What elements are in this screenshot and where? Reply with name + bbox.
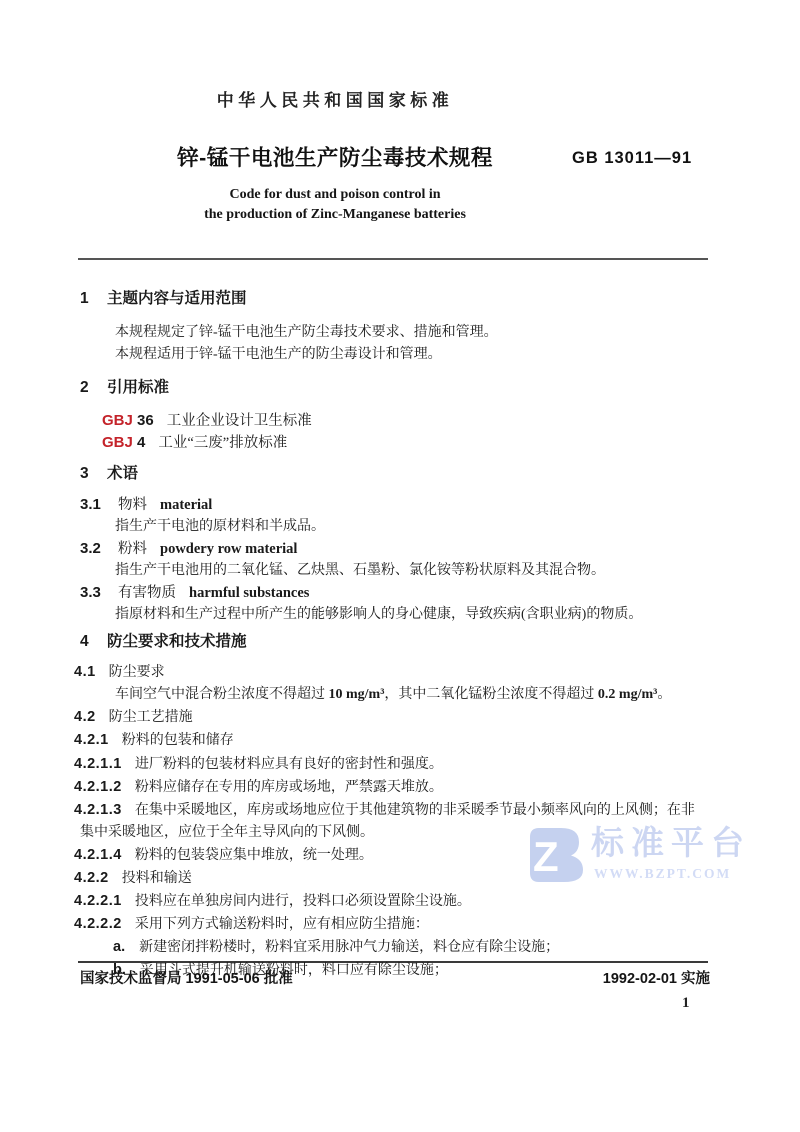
section-1-number: 1 [80,288,107,310]
clause-4-2-1-3-continuation: 集中采暖地区，应位于全年主导风向的下风侧。 [80,822,720,844]
clause-number: 4.2.1.2 [74,779,122,795]
clause-4-2-1-2: 4.2.1.2粉料应储存在专用的库房或场地，严禁露天堆放。 [74,776,720,799]
footer: 国家技术监督局 1991-05-06 批准 1992-02-01 实施 [80,967,710,988]
term-chinese: 粉料 [118,541,147,557]
english-subtitle-line1: Code for dust and poison control in [80,187,590,203]
reference-standard-row: GBJ 36工业企业设计卫生标准 [102,410,720,432]
section-3-title: 术语 [107,465,138,482]
list-item-label: a. [113,939,125,955]
term-definition: 指原材料和生产过程中所产生的能够影响人的身心健康，导致疾病(含职业病)的物质。 [115,604,720,626]
limit-value-1: 10 mg/m³ [329,687,385,702]
section-3-heading: 3术语 [80,463,720,485]
standard-code: GB 13011—91 [572,149,692,168]
scope-paragraph-2: 本规程适用于锌-锰干电池生产的防尘毒设计和管理。 [115,344,720,366]
limit-value-2: 0.2 mg/m³ [598,687,657,702]
reference-code: GBJ 36 [102,412,154,429]
term-row: 3.2粉料powdery row material [80,538,720,560]
clause-text: 在集中采暖地区，库房或场地应位于其他建筑物的非采暖季节最小频率风向的上风侧；在非 [135,803,695,818]
english-subtitle-line2: the production of Zinc-Manganese batteri… [80,207,590,223]
term-english: material [160,497,212,513]
document-title: 锌-锰干电池生产防尘毒技术规程 [80,141,590,172]
national-standard-label: 中华人民共和国国家标准 [80,86,590,111]
limit-text-2: ，其中二氧化锰粉尘浓度不得超过 [384,687,598,702]
clause-4-2-1-4: 4.2.1.4粉料的包装袋应集中堆放，统一处理。 [74,844,720,867]
clause-number: 4.2.1.3 [74,802,122,818]
section-2-title: 引用标准 [107,379,169,396]
clause-number: 4.2.1.4 [74,847,122,863]
list-item-a: a.新建密闭拌粉楼时，粉料宜采用脉冲气力输送，料仓应有除尘设施； [113,936,720,959]
section-1-heading: 1主题内容与适用范围 [80,288,720,310]
section-3-number: 3 [80,463,107,485]
reference-title: 工业“三废”排放标准 [158,435,287,451]
reference-code-prefix: GBJ [102,434,133,451]
clause-number: 4.2 [74,709,96,725]
term-chinese: 有害物质 [118,585,176,601]
section-2-heading: 2引用标准 [80,377,720,399]
list-item-text: 新建密闭拌粉楼时，粉料宜采用脉冲气力输送，料仓应有除尘设施； [139,940,559,955]
implementation-note: 1992-02-01 实施 [603,967,710,988]
reference-code: GBJ 4 [102,434,145,451]
clause-4-2: 4.2防尘工艺措施 [74,706,720,729]
clause-4-2-1: 4.2.1粉料的包装和储存 [74,729,720,752]
term-definition: 指生产干电池用的二氧化锰、乙炔黑、石墨粉、氯化铵等粉状原料及其混合物。 [115,560,720,582]
term-row: 3.3有害物质harmful substances [80,582,720,604]
limit-text-1: 车间空气中混合粉尘浓度不得超过 [115,687,329,702]
reference-standard-row: GBJ 4工业“三废”排放标准 [102,432,720,454]
section-1-title: 主题内容与适用范围 [107,290,247,307]
dust-limit-paragraph: 车间空气中混合粉尘浓度不得超过 10 mg/m³，其中二氧化锰粉尘浓度不得超过 … [115,684,720,706]
clause-text: 粉料的包装袋应集中堆放，统一处理。 [135,848,373,863]
clause-number: 4.2.2 [74,870,109,886]
section-4-number: 4 [80,631,107,653]
clause-text: 粉料应储存在专用的库房或场地，严禁露天堆放。 [135,780,443,795]
term-english: powdery row material [160,541,297,557]
clause-text: 采用下列方式输送粉料时，应有相应防尘措施： [135,917,429,932]
term-chinese: 物料 [118,497,147,513]
clause-4-2-2: 4.2.2投料和输送 [74,867,720,890]
approval-note: 国家技术监督局 1991-05-06 批准 [80,967,293,988]
clause-number: 4.2.2.2 [74,916,122,932]
scope-paragraph-1: 本规程规定了锌-锰干电池生产防尘毒技术要求、措施和管理。 [115,322,720,344]
reference-code-prefix: GBJ [102,412,133,429]
term-english: harmful substances [189,585,309,601]
reference-code-number: 36 [137,412,154,429]
clause-text: 进厂粉料的包装材料应具有良好的密封性和强度。 [135,757,443,772]
clause-number: 4.2.2.1 [74,893,122,909]
clause-number: 4.1 [74,664,96,680]
term-definition: 指生产干电池的原材料和半成品。 [115,516,720,538]
page-number: 1 [682,995,690,1012]
clause-number: 4.2.1.1 [74,756,122,772]
clause-number: 4.2.1 [74,732,109,748]
clause-text: 投料应在单独房间内进行，投料口必须设置除尘设施。 [135,894,471,909]
clause-4-2-2-1: 4.2.2.1投料应在单独房间内进行，投料口必须设置除尘设施。 [74,890,720,913]
clause-4-1: 4.1防尘要求 [74,661,720,684]
section-4-heading: 4防尘要求和技术措施 [80,631,720,653]
document-body: 1主题内容与适用范围 本规程规定了锌-锰干电池生产防尘毒技术要求、措施和管理。 … [80,260,720,982]
clause-title: 投料和输送 [122,871,192,886]
clause-title: 防尘工艺措施 [109,710,193,725]
clause-4-2-1-1: 4.2.1.1进厂粉料的包装材料应具有良好的密封性和强度。 [74,753,720,776]
document-page: 中华人民共和国国家标准 锌-锰干电池生产防尘毒技术规程 GB 13011—91 … [0,0,800,1132]
section-2-number: 2 [80,377,107,399]
reference-code-number: 4 [137,434,145,451]
term-number: 3.2 [80,538,118,560]
clause-4-2-2-2: 4.2.2.2采用下列方式输送粉料时，应有相应防尘措施： [74,913,720,936]
clause-title: 防尘要求 [109,665,165,680]
reference-title: 工业企业设计卫生标准 [167,413,312,429]
term-number: 3.1 [80,494,118,516]
limit-text-3: 。 [657,687,671,702]
term-number: 3.3 [80,582,118,604]
term-row: 3.1物料material [80,494,720,516]
section-4-title: 防尘要求和技术措施 [107,633,247,650]
clause-title: 粉料的包装和储存 [122,733,234,748]
clause-4-2-1-3: 4.2.1.3在集中采暖地区，库房或场地应位于其他建筑物的非采暖季节最小频率风向… [74,799,720,822]
